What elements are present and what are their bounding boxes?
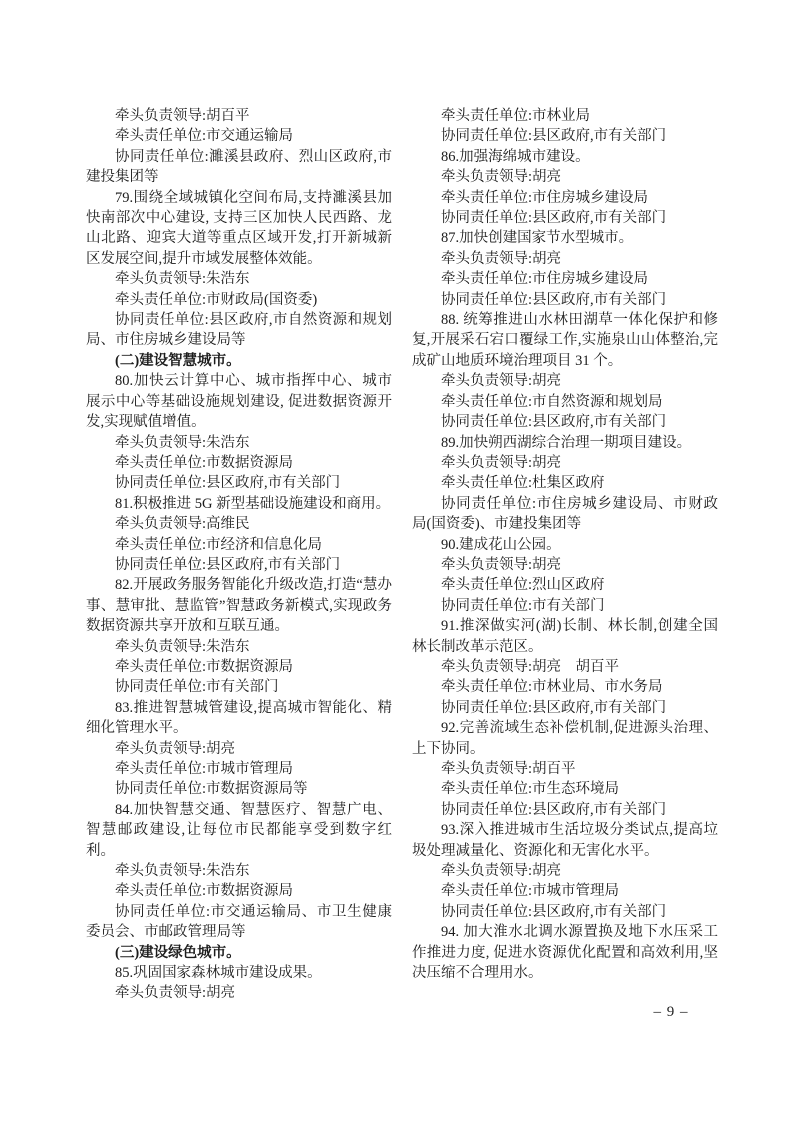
paragraph: 85.巩固国家森林城市建设成果。	[86, 963, 392, 983]
paragraph: 牵头负责领导:胡亮 胡百平	[412, 657, 718, 677]
paragraph: 90.建成花山公园。	[412, 535, 718, 555]
paragraph: 协同责任单位:县区政府,市有关部门	[86, 473, 392, 493]
paragraph: 协同责任单位:县区政府,市自然资源和规划局、市住房城乡建设局等	[86, 310, 392, 351]
paragraph: 牵头责任单位:市数据资源局	[86, 657, 392, 677]
paragraph: 牵头责任单位:市数据资源局	[86, 453, 392, 473]
paragraph: 牵头责任单位:烈山区政府	[412, 575, 718, 595]
paragraph: 协同责任单位:县区政府,市有关部门	[412, 208, 718, 228]
paragraph: 协同责任单位:县区政府,市有关部门	[412, 698, 718, 718]
paragraph: 牵头责任单位:市城市管理局	[86, 759, 392, 779]
paragraph: 牵头负责领导:胡百平	[86, 106, 392, 126]
column-right: 牵头责任单位:市林业局协同责任单位:县区政府,市有关部门86.加强海绵城市建设。…	[412, 106, 718, 1004]
page-number: – 9 –	[606, 1002, 736, 1022]
paragraph: 牵头负责领导:高维民	[86, 514, 392, 534]
paragraph: 牵头负责领导:朱浩东	[86, 637, 392, 657]
paragraph: 83.推进智慧城管建设,提高城市智能化、精细化管理水平。	[86, 698, 392, 739]
paragraph: 牵头责任单位:市住房城乡建设局	[412, 269, 718, 289]
paragraph: 79.围绕全域城镇化空间布局,支持濉溪县加快南部次中心建设, 支持三区加快人民西…	[86, 188, 392, 270]
paragraph: 84.加快智慧交通、智慧医疗、智慧广电、智慧邮政建设,让每位市民都能享受到数字红…	[86, 800, 392, 861]
paragraph: 协同责任单位:县区政府,市有关部门	[412, 290, 718, 310]
paragraph: 协同责任单位:市数据资源局等	[86, 779, 392, 799]
paragraph: 协同责任单位:濉溪县政府、烈山区政府,市建投集团等	[86, 147, 392, 188]
paragraph: 81.积极推进 5G 新型基础设施建设和商用。	[86, 494, 392, 514]
paragraph: 牵头负责领导:胡亮	[412, 555, 718, 575]
paragraph: 协同责任单位:市有关部门	[86, 677, 392, 697]
paragraph: 牵头责任单位:市生态环境局	[412, 779, 718, 799]
page-body: 牵头负责领导:胡百平牵头责任单位:市交通运输局协同责任单位:濉溪县政府、烈山区政…	[86, 106, 718, 1004]
paragraph: 牵头负责领导:朱浩东	[86, 861, 392, 881]
paragraph: 协同责任单位:县区政府,市有关部门	[412, 800, 718, 820]
paragraph: 协同责任单位:市住房城乡建设局、市财政局(国资委)、市建投集团等	[412, 494, 718, 535]
paragraph: 80.加快云计算中心、城市指挥中心、城市展示中心等基础设施规划建设, 促进数据资…	[86, 371, 392, 432]
paragraph: 82.开展政务服务智能化升级改造,打造“慧办事、慧审批、慧监管”智慧政务新模式,…	[86, 575, 392, 636]
section-heading: (二)建设智慧城市。	[86, 351, 392, 371]
paragraph: 93.深入推进城市生活垃圾分类试点,提高垃圾处理减量化、资源化和无害化水平。	[412, 820, 718, 861]
paragraph: 86.加强海绵城市建设。	[412, 147, 718, 167]
paragraph: 牵头负责领导:胡亮	[86, 983, 392, 1003]
paragraph: 牵头负责领导:胡亮	[412, 861, 718, 881]
paragraph: 牵头负责领导:胡亮	[412, 167, 718, 187]
paragraph: 牵头责任单位:杜集区政府	[412, 473, 718, 493]
paragraph: 牵头责任单位:市城市管理局	[412, 881, 718, 901]
paragraph: 协同责任单位:县区政府,市有关部门	[412, 126, 718, 146]
paragraph: 牵头负责领导:胡亮	[86, 739, 392, 759]
paragraph: 89.加快朔西湖综合治理一期项目建设。	[412, 433, 718, 453]
section-heading: (三)建设绿色城市。	[86, 943, 392, 963]
paragraph: 牵头负责领导:朱浩东	[86, 269, 392, 289]
paragraph: 94. 加大淮水北调水源置换及地下水压采工作推进力度, 促进水资源优化配置和高效…	[412, 922, 718, 983]
paragraph: 92.完善流域生态补偿机制,促进源头治理、上下协同。	[412, 718, 718, 759]
paragraph: 协同责任单位:市有关部门	[412, 596, 718, 616]
paragraph: 牵头责任单位:市财政局(国资委)	[86, 290, 392, 310]
paragraph: 协同责任单位:县区政府,市有关部门	[86, 555, 392, 575]
paragraph: 牵头负责领导:胡亮	[412, 453, 718, 473]
paragraph: 牵头责任单位:市交通运输局	[86, 126, 392, 146]
paragraph: 牵头负责领导:朱浩东	[86, 433, 392, 453]
paragraph: 牵头责任单位:市林业局	[412, 106, 718, 126]
paragraph: 牵头负责领导:胡百平	[412, 759, 718, 779]
paragraph: 牵头责任单位:市林业局、市水务局	[412, 677, 718, 697]
column-left: 牵头负责领导:胡百平牵头责任单位:市交通运输局协同责任单位:濉溪县政府、烈山区政…	[86, 106, 392, 1004]
paragraph: 协同责任单位:市交通运输局、市卫生健康委员会、市邮政管理局等	[86, 902, 392, 943]
paragraph: 牵头责任单位:市数据资源局	[86, 881, 392, 901]
paragraph: 牵头负责领导:胡亮	[412, 371, 718, 391]
paragraph: 牵头责任单位:市经济和信息化局	[86, 535, 392, 555]
paragraph: 牵头责任单位:市自然资源和规划局	[412, 392, 718, 412]
paragraph: 牵头负责领导:胡亮	[412, 249, 718, 269]
paragraph: 91.推深做实河(湖)长制、林长制,创建全国林长制改革示范区。	[412, 616, 718, 657]
paragraph: 87.加快创建国家节水型城市。	[412, 228, 718, 248]
paragraph: 88. 统筹推进山水林田湖草一体化保护和修复,开展采石宕口覆绿工作,实施泉山山体…	[412, 310, 718, 371]
paragraph: 协同责任单位:县区政府,市有关部门	[412, 412, 718, 432]
document-page: 牵头负责领导:胡百平牵头责任单位:市交通运输局协同责任单位:濉溪县政府、烈山区政…	[0, 0, 793, 1122]
paragraph: 协同责任单位:县区政府,市有关部门	[412, 902, 718, 922]
paragraph: 牵头责任单位:市住房城乡建设局	[412, 188, 718, 208]
